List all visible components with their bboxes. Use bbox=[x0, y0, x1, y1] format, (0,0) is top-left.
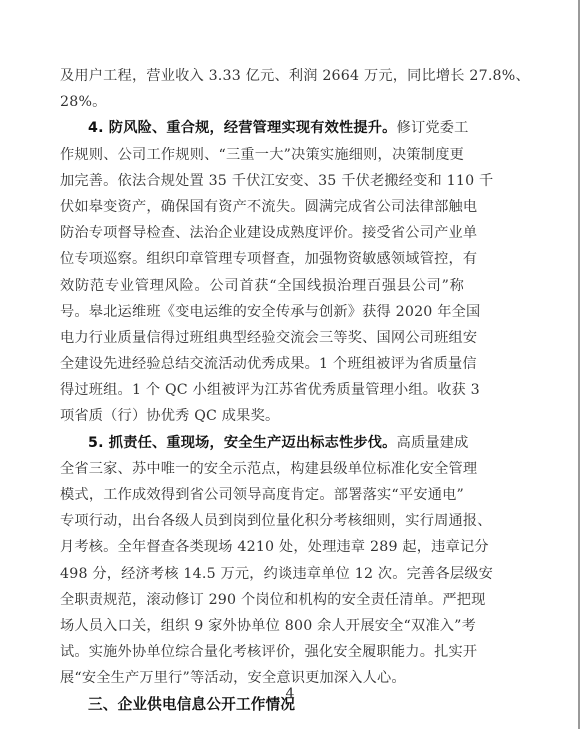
section-5-title: 5. 抓责任、重现场，安全生产迈出标志性步伐。 bbox=[88, 435, 397, 451]
section-4-title: 4. 防风险、重合规，经营管理实现有效性提升。 bbox=[88, 120, 397, 136]
text-line: 专项行动，出台各级人员到岗到位量化积分考核细则，实行周通报、 bbox=[60, 508, 464, 534]
text-line: 全省三家、苏中唯一的安全示范点，构建县级单位标准化安全管理 bbox=[60, 456, 464, 482]
page-number: 4 bbox=[0, 686, 580, 702]
text-line: 全建设先进经验总结交流活动优秀成果。1 个班组被评为省质量信 bbox=[60, 351, 464, 377]
text-line: 防治专项督导检查、法治企业建设成熟度评价。接受省公司产业单 bbox=[60, 220, 464, 246]
text-line: 效防范专业管理风险。公司首获“全国线损治理百强县公司”称 bbox=[60, 273, 464, 299]
document-page: 及用户工程，营业收入 3.33 亿元、利润 2664 万元，同比增长 27.8%… bbox=[60, 63, 464, 718]
text-span: 高质量建成 bbox=[397, 435, 469, 451]
section-5-first-line: 5. 抓责任、重现场，安全生产迈出标志性步伐。高质量建成 bbox=[60, 430, 464, 456]
text-line: 加完善。依法合规处置 35 千伏江安变、35 千伏老搬经变和 110 千 bbox=[60, 168, 464, 194]
text-line: 试。实施外协单位综合量化考核评价，强化安全履职能力。扎实开 bbox=[60, 639, 464, 665]
text-line: 模式，工作成效得到省公司领导高度肯定。部署落实“平安通电” bbox=[60, 482, 464, 508]
text-line: 及用户工程，营业收入 3.33 亿元、利润 2664 万元，同比增长 27.8%… bbox=[60, 63, 464, 89]
text-span: 修订党委工 bbox=[397, 120, 469, 136]
text-line: 号。皋北运维班《变电运维的安全传承与创新》获得 2020 年全国 bbox=[60, 299, 464, 325]
text-line: 全职责规范，滚动修订 290 个岗位和机构的安全责任清单。严把现 bbox=[60, 587, 464, 613]
text-line: 场人员入口关，组织 9 家外协单位 800 余人开展安全“双准入”考 bbox=[60, 613, 464, 639]
text-line: 项省质（行）协优秀 QC 成果奖。 bbox=[60, 403, 464, 429]
text-line: 28%。 bbox=[60, 89, 464, 115]
text-line: 作规则、公司工作规则、“三重一大”决策实施细则，决策制度更 bbox=[60, 142, 464, 168]
text-line: 得过班组。1 个 QC 小组被评为江苏省优秀质量管理小组。收获 3 bbox=[60, 377, 464, 403]
text-line: 月考核。全年督查各类现场 4210 处，处理违章 289 起，违章记分 bbox=[60, 534, 464, 560]
text-line: 498 分，经济考核 14.5 万元，约谈违章单位 12 次。完善各层级安 bbox=[60, 561, 464, 587]
section-4-first-line: 4. 防风险、重合规，经营管理实现有效性提升。修订党委工 bbox=[60, 115, 464, 141]
text-line: 位专项巡察。组织印章管理专项督查，加强物资敏感领域管控，有 bbox=[60, 246, 464, 272]
text-line: 电力行业质量信得过班组典型经验交流会三等奖、国网公司班组安 bbox=[60, 325, 464, 351]
text-line: 伏如皋变资产，确保国有资产不流失。圆满完成省公司法律部触电 bbox=[60, 194, 464, 220]
